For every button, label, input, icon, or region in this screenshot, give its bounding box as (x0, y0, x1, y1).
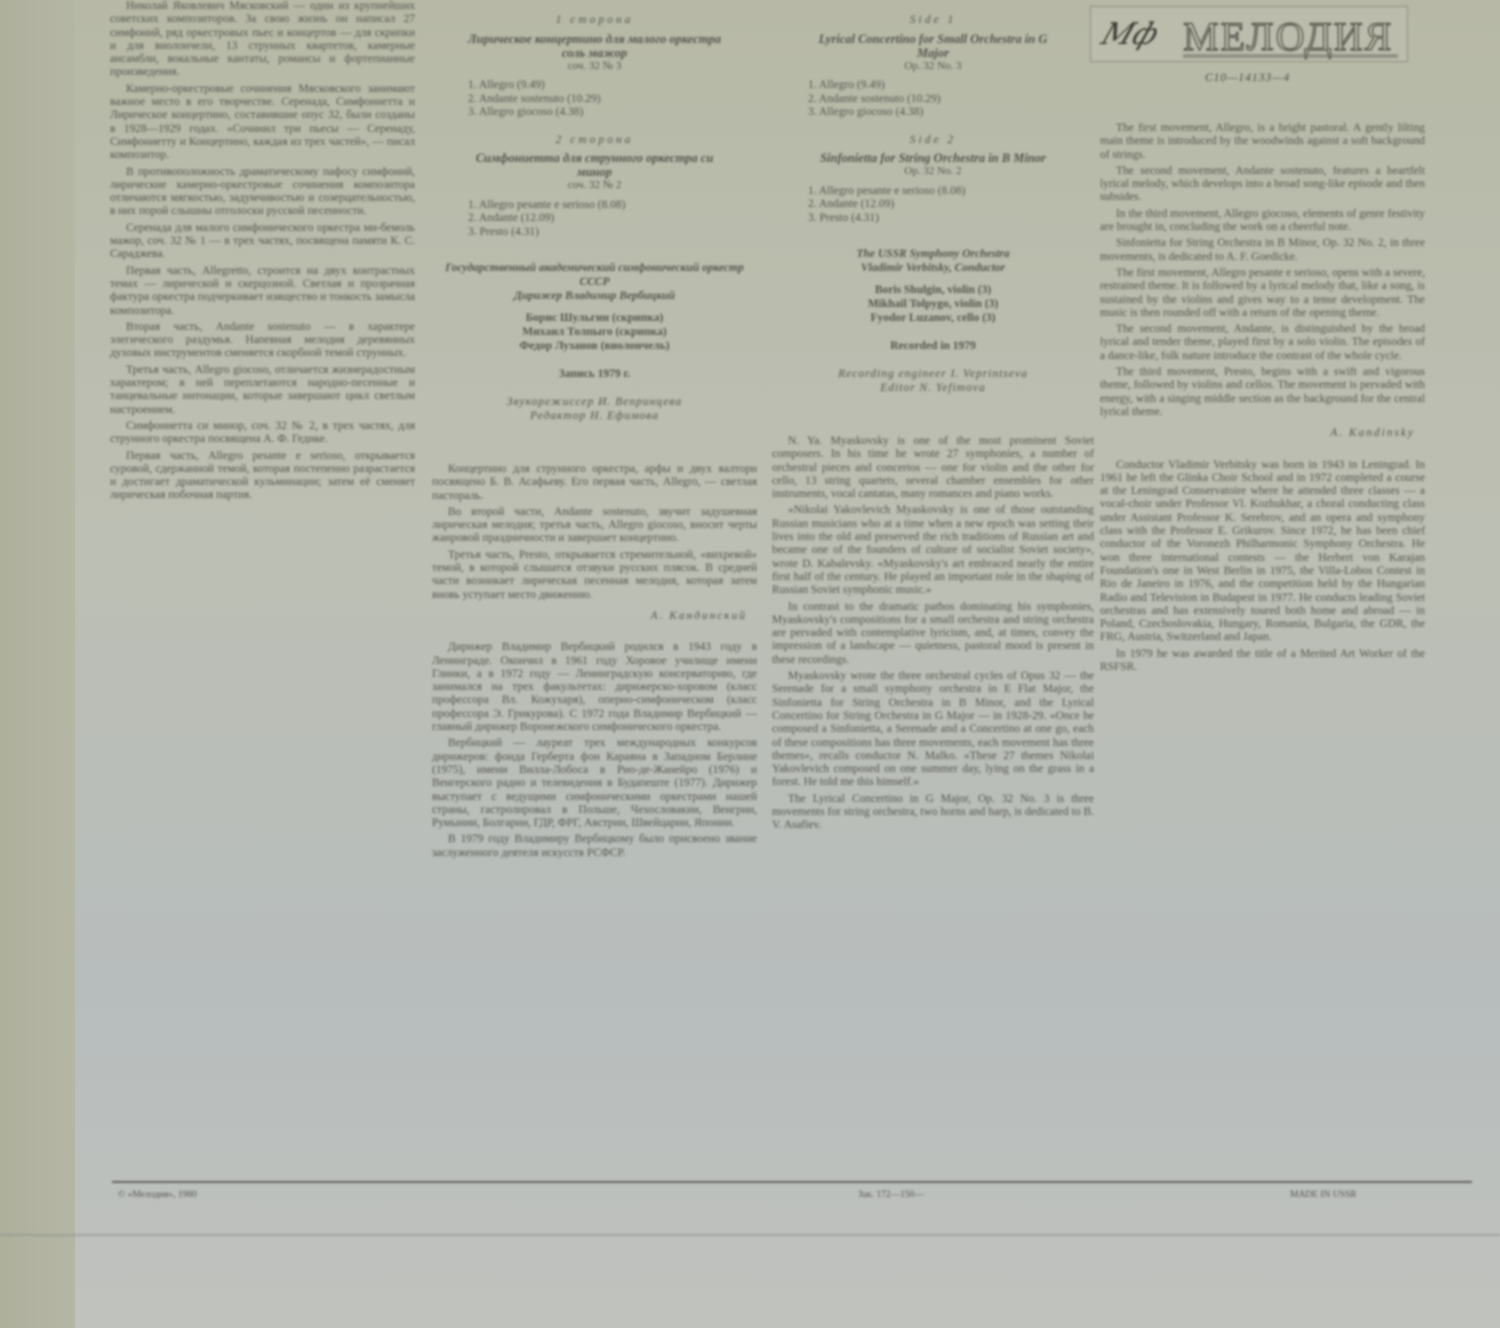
paragraph: The second movement, Andante, is disting… (1100, 323, 1425, 363)
column-english-tracklist: Side 1 Lyrical Concertino for Small Orch… (772, 0, 1094, 836)
column-russian-notes: Николай Яковлевич Мясковский — один из к… (110, 0, 415, 506)
tracklist-en: Side 1 Lyrical Concertino for Small Orch… (772, 14, 1094, 225)
author-signature: A. Kandinsky (1100, 427, 1415, 440)
paragraph: «Nikolai Yakovlevich Myaskovsky is one o… (772, 504, 1094, 597)
track: 1. Allegro pesante e serioso (8.08) (432, 199, 757, 213)
paragraph: Sinfonietta for String Orchestra in B Mi… (1100, 237, 1425, 264)
paragraph: Серенада для малого симфонического оркес… (110, 222, 415, 262)
paragraph: В 1979 году Владимиру Вербицкому было пр… (432, 833, 757, 860)
paragraph: Николай Яковлевич Мясковский — один из к… (110, 0, 415, 80)
track: 1. Allegro pesante e serioso (8.08) (772, 185, 1094, 199)
track: 3. Allegro giocoso (4.38) (772, 106, 1094, 120)
work-title: Симфониетта для струнного оркестра си ми… (432, 151, 757, 179)
recorded-year: Recorded in 1979 (772, 339, 1094, 353)
paragraph: Вторая часть, Andante sostenuto — в хара… (110, 321, 415, 361)
paragraph: The first movement, Allegro pesante e se… (1100, 267, 1425, 320)
track: 1. Allegro (9.49) (772, 79, 1094, 93)
notes-en: N. Ya. Myaskovsky is one of the most pro… (772, 435, 1094, 833)
editor: Editor N. Yefimova (772, 381, 1094, 395)
paragraph: Камерно-оркестровые сочинения Мясковског… (110, 83, 415, 163)
paragraph: In contrast to the dramatic pathos domin… (772, 601, 1094, 667)
column-english-notes: The first movement, Allegro, is a bright… (1100, 0, 1425, 677)
order-number: Зак. 172—150— (858, 1190, 924, 1200)
soloists: Борис Шульгин (скрипка) Михаил Толпыго (… (432, 311, 757, 353)
credits-ru: Государственный академический симфоничес… (432, 261, 757, 423)
paragraph: In 1979 he was awarded the title of a Me… (1100, 648, 1425, 675)
paragraph: Во второй части, Andante sostenuto, звуч… (432, 506, 757, 546)
work-opus: соч. 32 № 2 (432, 179, 757, 193)
notes-ru: Концертино для струнного оркестра, арфы … (432, 463, 757, 602)
track: 2. Andante sostenuto (10.29) (772, 93, 1094, 107)
made-in: MADE IN USSR (1290, 1190, 1357, 1200)
work-title: Лирическое концертино для малого оркестр… (432, 32, 757, 60)
soloist: Борис Шульгин (скрипка) (432, 311, 757, 325)
paragraph: The first movement, Allegro, is a bright… (1100, 122, 1425, 162)
conductor-bio-ru: Дирижер Владимир Вербицкий родился в 194… (432, 641, 757, 860)
conductor: Дирижер Владимир Вербицкий (432, 289, 757, 303)
editor: Редактор Н. Ефимова (432, 409, 757, 423)
side-2-label: 2 сторона (432, 134, 757, 148)
paragraph: Conductor Vladimir Verbitsky was born in… (1100, 459, 1425, 645)
paragraph: Третья часть, Allegro giocoso, отличаетс… (110, 364, 415, 417)
logo-monogram: Мф (1097, 17, 1164, 52)
track: 2. Andante sostenuto (10.29) (432, 93, 757, 107)
orchestra: The USSR Symphony Orchestra (772, 247, 1094, 261)
conductor-bio-en: Conductor Vladimir Verbitsky was born in… (1100, 459, 1425, 675)
track: 3. Allegro giocoso (4.38) (432, 106, 757, 120)
paragraph: The second movement, Andante sostenuto, … (1100, 165, 1425, 205)
side-2-label: Side 2 (772, 134, 1094, 148)
recording-engineer: Recording engineer I. Veprintseva (772, 367, 1094, 381)
recording-engineer: Звукорежиссер И. Вепринцева (432, 395, 757, 409)
paragraph: The third movement, Presto, begins with … (1100, 366, 1425, 419)
track: 3. Presto (4.31) (432, 226, 757, 240)
soloists: Boris Shulgin, violin (3) Mikhail Tolpyg… (772, 283, 1094, 325)
work-opus: соч. 32 № 3 (432, 60, 757, 74)
soloist: Fyodor Luzanov, cello (3) (772, 311, 1094, 325)
logo-underline (1183, 54, 1398, 58)
orchestra: Государственный академический симфоничес… (432, 261, 757, 289)
work-title: Sinfonietta for String Orchestra in B Mi… (772, 151, 1094, 165)
paragraph: Первая часть, Allegro pesante e serioso,… (110, 450, 415, 503)
sleeve-crease (0, 1234, 1500, 1236)
copyright: © «Мелодия», 1980 (118, 1190, 197, 1200)
paragraph: Myaskovsky wrote the three orchestral cy… (772, 670, 1094, 790)
paragraph: In the third movement, Allegro giocoso, … (1100, 208, 1425, 235)
work-opus: Op. 32 No. 2 (772, 165, 1094, 179)
paragraph: The Lyrical Concertino in G Major, Op. 3… (772, 793, 1094, 833)
record-back-cover: Николай Яковлевич Мясковский — один из к… (0, 0, 1500, 1328)
recorded-year: Запись 1979 г. (432, 367, 757, 381)
soloist: Boris Shulgin, violin (3) (772, 283, 1094, 297)
paragraph: N. Ya. Myaskovsky is one of the most pro… (772, 435, 1094, 501)
paragraph: Третья часть, Presto, открывается стреми… (432, 549, 757, 602)
credits-en: The USSR Symphony Orchestra Vladimir Ver… (772, 247, 1094, 395)
track: 2. Andante (12.09) (772, 198, 1094, 212)
conductor: Vladimir Verbitsky, Conductor (772, 261, 1094, 275)
paragraph: В противоположность драматическому пафос… (110, 166, 415, 219)
side-1-label: 1 сторона (432, 14, 757, 28)
notes-en-continued: The first movement, Allegro, is a bright… (1100, 122, 1425, 419)
paragraph: Симфониетта си минор, соч. 32 № 2, в тре… (110, 420, 415, 447)
catalog-number: С10—14133—4 (1205, 72, 1290, 84)
track: 3. Presto (4.31) (772, 212, 1094, 226)
footer-rule (112, 1181, 1472, 1183)
paragraph: Дирижер Владимир Вербицкий родился в 194… (432, 641, 757, 734)
work-title: Lyrical Concertino for Small Orchestra i… (772, 32, 1094, 60)
paragraph: Концертино для струнного оркестра, арфы … (432, 463, 757, 503)
paragraph: Первая часть, Allegretto, строится на дв… (110, 265, 415, 318)
soloist: Михаил Толпыго (скрипка) (432, 325, 757, 339)
author-signature: А. Кандинский (432, 610, 747, 623)
tracklist-ru: 1 сторона Лирическое концертино для мало… (432, 14, 757, 239)
paragraph: Вербицкий — лауреат трех международных к… (432, 737, 757, 830)
logo-wordmark: МЕЛОДИЯ (1183, 13, 1393, 60)
track: 2. Andante (12.09) (432, 212, 757, 226)
side-1-label: Side 1 (772, 14, 1094, 28)
melodiya-logo: Мф МЕЛОДИЯ (1090, 6, 1408, 62)
track: 1. Allegro (9.49) (432, 79, 757, 93)
soloist: Федор Лузанов (виолончель) (432, 339, 757, 353)
column-russian-tracklist: 1 сторона Лирическое концертино для мало… (432, 0, 757, 863)
work-opus: Op. 32 No. 3 (772, 60, 1094, 74)
soloist: Mikhail Tolpygo, violin (3) (772, 297, 1094, 311)
